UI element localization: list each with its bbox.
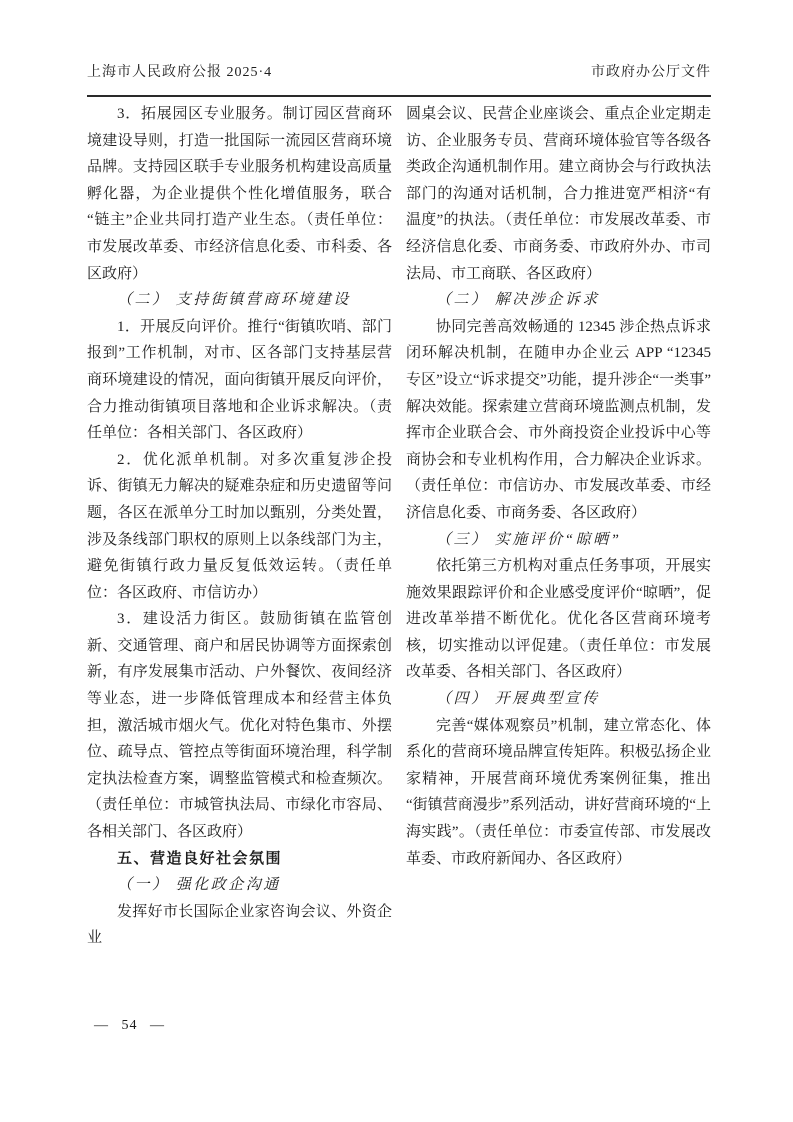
paragraph-communication-start: 发挥好市长国际企业家咨询会议、外资企业 [87, 899, 392, 952]
section-heading-2-support-subdistrict: （二） 支持街镇营商环境建设 [87, 287, 392, 314]
page-body: 3．拓展园区专业服务。制订园区营商环境建设导则，打造一批国际一流园区营商环境品牌… [87, 101, 711, 952]
paragraph-item-2-dispatch-mechanism: 2．优化派单机制。对多次重复涉企投诉、街镇无力解决的疑难杂症和历史遗留等问题，各… [87, 447, 392, 607]
paragraph-media-observer: 完善“媒体观察员”机制，建立常态化、体系化的营商环境品牌宣传矩阵。积极弘扬企业家… [406, 713, 711, 873]
gazette-title: 上海市人民政府公报 2025·4 [87, 61, 272, 81]
paragraph-communication-continued: 圆桌会议、民营企业座谈会、重点企业定期走访、企业服务专员、营商环境体验官等各级各… [406, 101, 711, 287]
section-heading-4-model-publicity: （四） 开展典型宣传 [406, 686, 711, 713]
header-rule [87, 95, 711, 97]
paragraph-12345-hotline: 协同完善高效畅通的 12345 涉企热点诉求闭环解决机制，在随申办企业云 APP… [406, 314, 711, 527]
paragraph-item-3-vibrant-blocks: 3．建设活力街区。鼓励街镇在监管创新、交通管理、商户和居民协调等方面探索创新，有… [87, 606, 392, 845]
gazette-page: 上海市人民政府公报 2025·4 市政府办公厅文件 3．拓展园区专业服务。制订园… [0, 0, 793, 1122]
paragraph-item-1-reverse-evaluation: 1．开展反向评价。推行“街镇吹哨、部门报到”工作机制，对市、区各部门支持基层营商… [87, 314, 392, 447]
paragraph-item-3-expand-park-services: 3．拓展园区专业服务。制订园区营商环境建设导则，打造一批国际一流园区营商环境品牌… [87, 101, 392, 287]
document-category: 市政府办公厅文件 [591, 61, 711, 81]
chapter-heading-5-social-atmosphere: 五、营造良好社会氛围 [87, 846, 392, 873]
page-number: — 54 — [94, 1018, 165, 1034]
running-header: 上海市人民政府公报 2025·4 市政府办公厅文件 [87, 61, 711, 81]
section-heading-1-gov-enterprise-communication: （一） 强化政企沟通 [87, 872, 392, 899]
paragraph-third-party-evaluation: 依托第三方机构对重点任务事项，开展实施效果跟踪评价和企业感受度评价“晾晒”，促进… [406, 553, 711, 686]
section-heading-2-enterprise-appeals: （二） 解决涉企诉求 [406, 287, 711, 314]
section-heading-3-evaluation-publicity: （三） 实施评价“晾晒” [406, 527, 711, 554]
right-column: 圆桌会议、民营企业座谈会、重点企业定期走访、企业服务专员、营商环境体验官等各级各… [406, 101, 711, 952]
left-column: 3．拓展园区专业服务。制订园区营商环境建设导则，打造一批国际一流园区营商环境品牌… [87, 101, 392, 952]
